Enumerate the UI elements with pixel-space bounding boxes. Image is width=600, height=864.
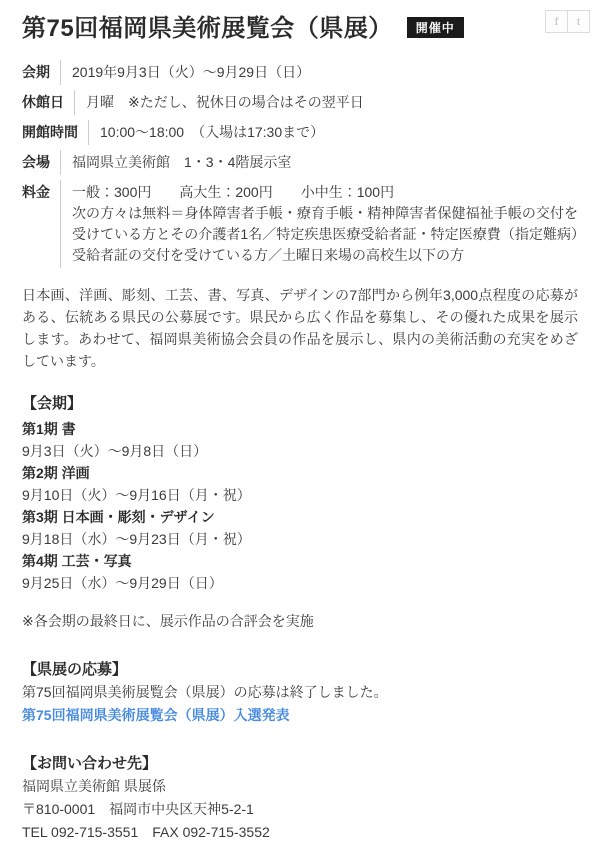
period-name: 第2期 洋画 [22,462,578,484]
period-name: 第4期 工芸・写真 [22,550,578,572]
schedule-heading: 【会期】 [22,392,578,415]
contact-section: 【お問い合わせ先】 福岡県立美術館 県展係 〒810-0001 福岡市中央区天神… [22,752,578,844]
table-row-fees: 料金 一般：300円 高大生：200円 小中生：100円 次の方々は無料＝身体障… [22,180,578,268]
info-value: 10:00〜18:00 （入場は17:30まで） [88,120,324,145]
period-name: 第1期 書 [22,418,578,440]
fee-main: 一般：300円 高大生：200円 小中生：100円 [72,182,578,203]
info-value: 2019年9月3日（火）〜9月29日（日） [60,60,310,85]
application-heading: 【県展の応募】 [22,658,578,681]
schedule-section: 【会期】 第1期 書 9月3日（火）〜9月8日（日） 第2期 洋画 9月10日（… [22,392,578,632]
results-announcement-link[interactable]: 第75回福岡県美術展覧会（県展）入選発表 [22,704,290,727]
exhibition-info-table: 会期 2019年9月3日（火）〜9月29日（日） 休館日 月曜 ※ただし、祝休日… [22,60,578,268]
status-badge: 開催中 [407,17,464,38]
fee-free-note: 次の方々は無料＝身体障害者手帳・療育手帳・精神障害者保健福祉手帳の交付を受けてい… [72,203,578,266]
contact-organization: 福岡県立美術館 県展係 [22,775,578,798]
contact-heading: 【お問い合わせ先】 [22,752,578,775]
period-dates: 9月25日（水）〜9月29日（日） [22,572,578,594]
table-row-hours: 開館時間 10:00〜18:00 （入場は17:30まで） [22,120,578,145]
info-value: 福岡県立美術館 1・3・4階展示室 [60,150,291,175]
period-name: 第3期 日本画・彫刻・デザイン [22,506,578,528]
info-value: 一般：300円 高大生：200円 小中生：100円 次の方々は無料＝身体障害者手… [60,180,578,268]
info-label: 会期 [22,60,50,85]
info-label: 料金 [22,180,50,268]
contact-address: 〒810-0001 福岡市中央区天神5-2-1 [22,798,578,821]
info-label: 開館時間 [22,120,78,145]
application-section: 【県展の応募】 第75回福岡県美術展覧会（県展）の応募は終了しました。 第75回… [22,658,578,727]
intro-paragraph: 日本画、洋画、彫刻、工芸、書、写真、デザインの7部門から例年3,000点程度の応… [22,284,578,372]
twitter-share-icon[interactable]: t [567,10,590,33]
schedule-note: ※各会期の最終日に、展示作品の合評会を実施 [22,610,578,632]
table-row-dates: 会期 2019年9月3日（火）〜9月29日（日） [22,60,578,85]
page-header: 第75回福岡県美術展覧会（県展）開催中 f t [22,14,578,44]
table-row-closed-days: 休館日 月曜 ※ただし、祝休日の場合はその翌平日 [22,90,578,115]
page-title: 第75回福岡県美術展覧会（県展）開催中 [22,14,578,44]
period-dates: 9月10日（火）〜9月16日（月・祝） [22,484,578,506]
table-row-venue: 会場 福岡県立美術館 1・3・4階展示室 [22,150,578,175]
application-closed-text: 第75回福岡県美術展覧会（県展）の応募は終了しました。 [22,681,578,704]
info-label: 会場 [22,150,50,175]
period-dates: 9月3日（火）〜9月8日（日） [22,440,578,462]
exhibition-detail-page: 第75回福岡県美術展覧会（県展）開催中 f t 会期 2019年9月3日（火）〜… [0,0,600,864]
page-title-text: 第75回福岡県美術展覧会（県展） [22,15,393,42]
schedule-list: 第1期 書 9月3日（火）〜9月8日（日） 第2期 洋画 9月10日（火）〜9月… [22,418,578,594]
period-dates: 9月18日（水）〜9月23日（月・祝） [22,528,578,550]
info-label: 休館日 [22,90,64,115]
info-value: 月曜 ※ただし、祝休日の場合はその翌平日 [74,90,364,115]
contact-phone: TEL 092-715-3551 FAX 092-715-3552 [22,821,578,844]
share-buttons: f t [545,10,590,33]
facebook-share-icon[interactable]: f [545,10,568,33]
